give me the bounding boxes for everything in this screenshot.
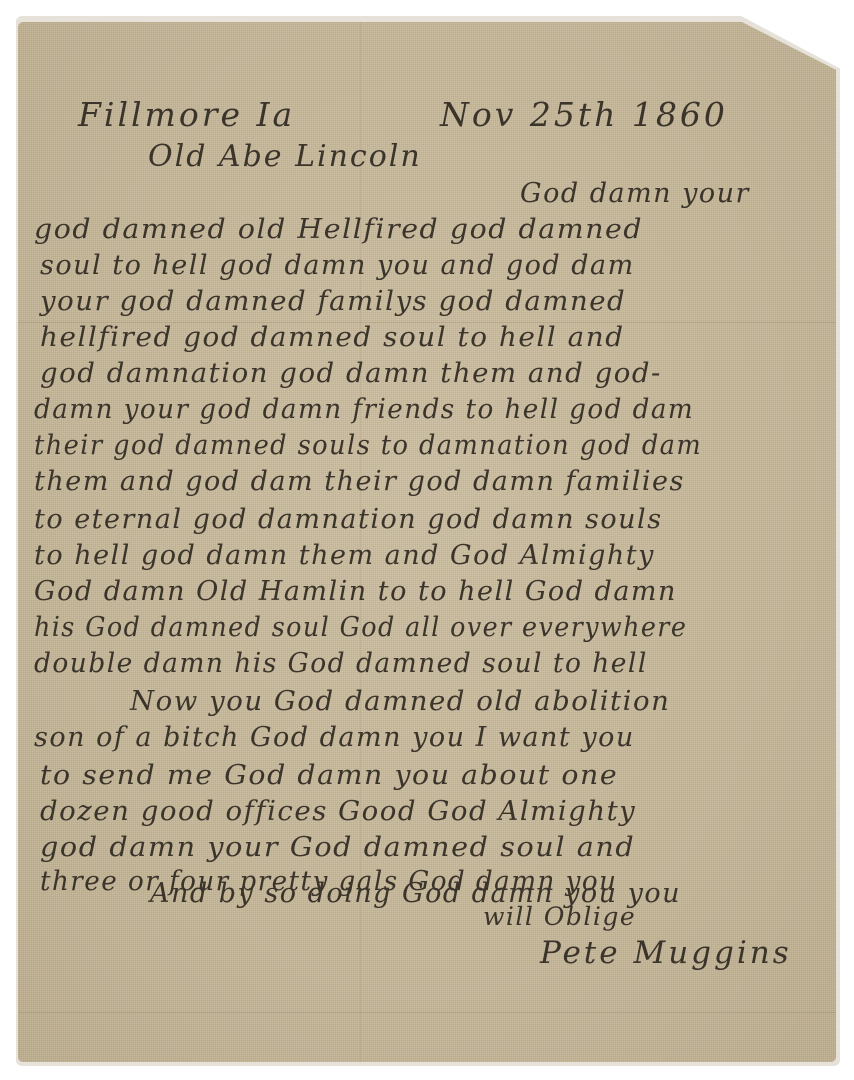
body-line: their god damned souls to damnation god …	[34, 432, 702, 459]
letter-salutation: Old Abe Lincoln	[148, 142, 422, 172]
body-line: god damn your God damned soul and	[40, 834, 635, 861]
handwritten-letter: Fillmore Ia Nov 25th 1860 Old Abe Lincol…	[0, 0, 854, 1080]
letter-closing: will Oblige	[483, 904, 636, 929]
body-line: god damnation god damn them and god-	[40, 360, 662, 387]
body-line: to eternal god damnation god damn souls	[34, 506, 663, 533]
body-line: them and god dam their god damn families	[34, 468, 685, 495]
letter-place: Fillmore Ia	[78, 98, 295, 131]
body-line: Now you God damned old abolition	[130, 688, 670, 715]
body-line: soul to hell god damn you and god dam	[40, 252, 635, 279]
body-line: to hell god damn them and God Almighty	[34, 542, 655, 569]
body-line: your god damned familys god damned	[40, 288, 626, 315]
letter-signature: Pete Muggins	[540, 938, 792, 969]
body-line: god damned old Hellfired god damned	[34, 216, 643, 243]
body-line: double damn his God damned soul to hell	[34, 650, 648, 677]
body-line: his God damned soul God all over everywh…	[34, 614, 687, 641]
body-line: damn your god damn friends to hell god d…	[34, 396, 694, 423]
body-line: dozen good offices Good God Almighty	[40, 798, 636, 825]
body-line: to send me God damn you about one	[40, 762, 618, 789]
body-line: God damn your	[520, 180, 750, 207]
body-line: hellfired god damned soul to hell and	[40, 324, 625, 351]
body-line: son of a bitch God damn you I want you	[34, 724, 635, 751]
body-line: God damn Old Hamlin to to hell God damn	[34, 578, 677, 605]
letter-date: Nov 25th 1860	[440, 98, 728, 131]
